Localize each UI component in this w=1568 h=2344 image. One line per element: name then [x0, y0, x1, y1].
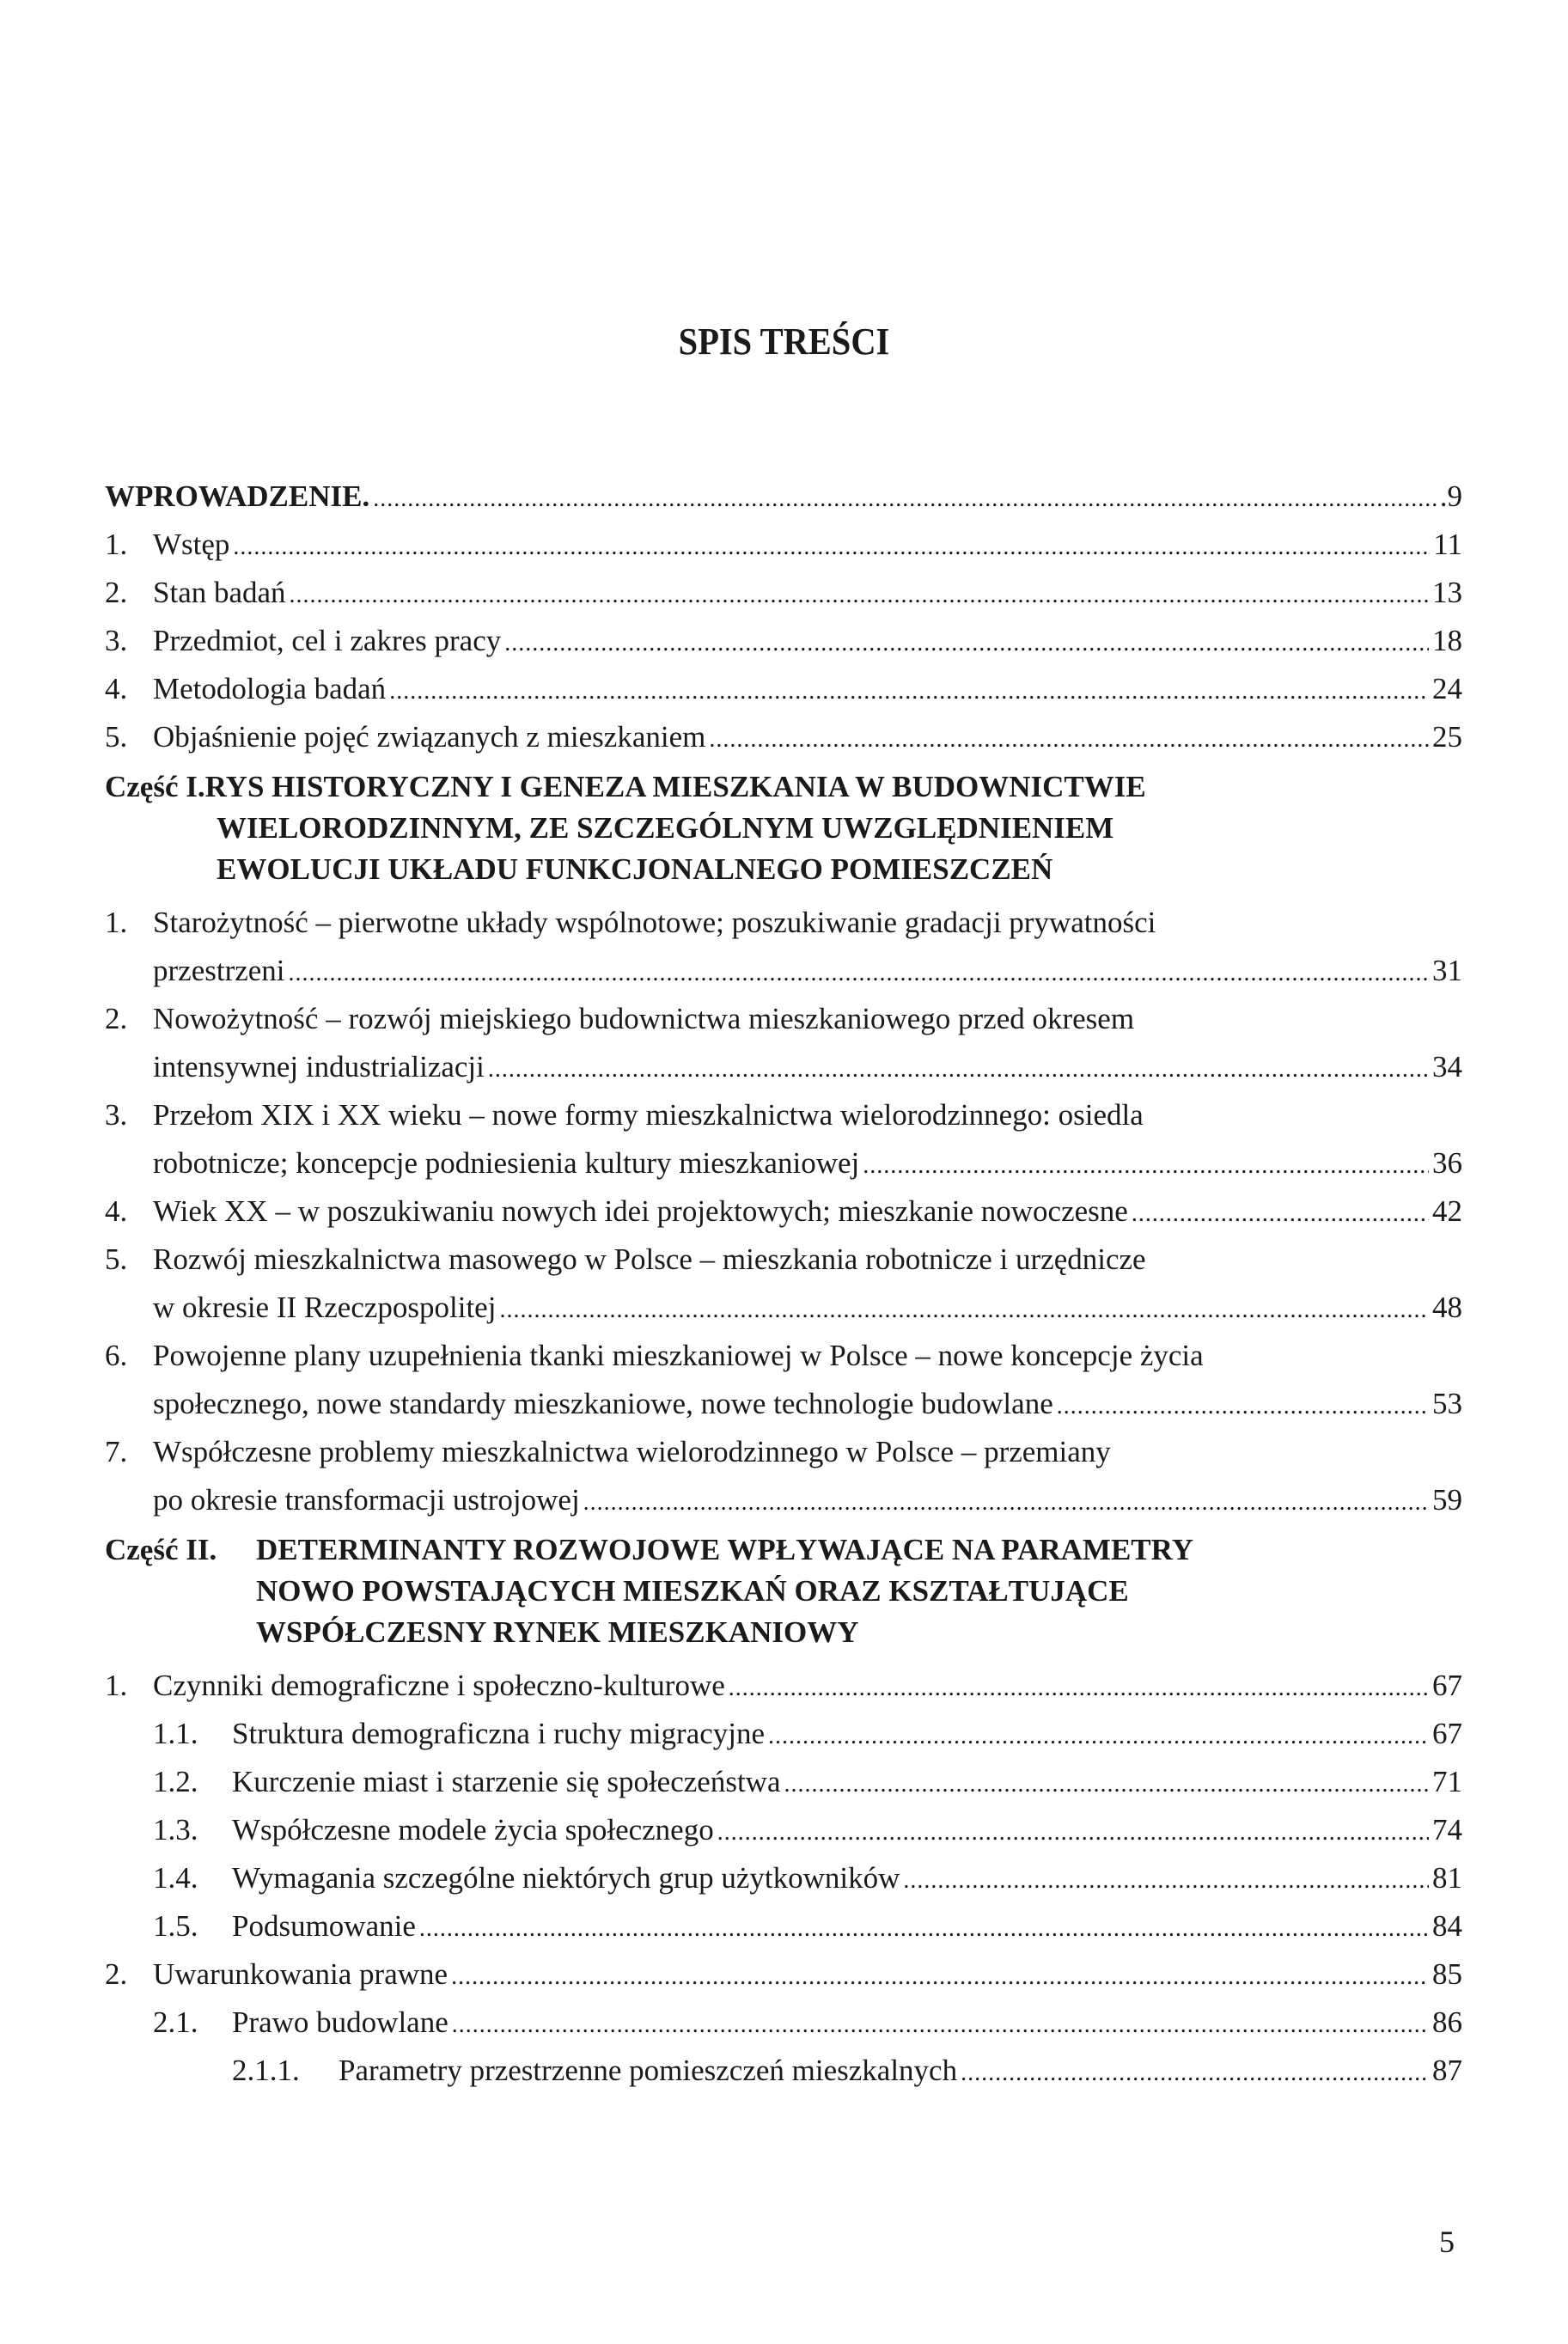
part-title-line: RYS HISTORYCZNY I GENEZA MIESZKANIA W BU…	[205, 772, 1146, 802]
page-ref: 71	[1432, 1767, 1462, 1797]
entry-label: Uwarunkowania prawne	[153, 1959, 448, 1989]
dot-leader	[488, 1058, 1429, 1082]
entry-number: 5.	[105, 722, 153, 752]
dot-leader	[961, 2061, 1429, 2085]
entry-label: Parametry przestrzenne pomieszczeń miesz…	[339, 2055, 957, 2085]
part-title-line: NOWO POWSTAJĄCYCH MIESZKAŃ ORAZ KSZTAŁTU…	[256, 1576, 1129, 1606]
entry-label: Wiek XX – w poszukiwaniu nowych idei pro…	[153, 1196, 1128, 1226]
page-ref: 53	[1432, 1389, 1462, 1419]
toc-entry[interactable]: 2.Nowożytność – rozwój miejskiego budown…	[105, 1004, 1462, 1100]
dot-leader	[290, 583, 1429, 607]
entry-label-line1: Powojenne plany uzupełnienia tkanki mies…	[153, 1340, 1204, 1370]
entry-label: Wstęp	[153, 529, 229, 559]
entry-label: WPROWADZENIE.	[105, 481, 369, 511]
toc-entry[interactable]: 2. Stan badań 13	[105, 577, 1462, 626]
entry-number: 2.	[105, 1959, 153, 1989]
toc-entry[interactable]: 2.1. Prawo budowlane 86	[105, 2007, 1462, 2055]
toc-entry[interactable]: 5. Objaśnienie pojęć związanych z mieszk…	[105, 722, 1462, 770]
dot-leader	[583, 1491, 1429, 1515]
entry-number: 2.	[105, 577, 153, 607]
page-number: 5	[1439, 2224, 1455, 2260]
dot-leader	[499, 1298, 1429, 1322]
dot-leader	[903, 1869, 1429, 1893]
entry-label: Czynniki demograficzne i społeczno-kultu…	[153, 1670, 725, 1700]
dot-leader	[863, 1154, 1429, 1178]
page-ref: 67	[1432, 1670, 1462, 1700]
entry-number: 1.	[105, 529, 153, 559]
part-2-heading[interactable]: Część II. DETERMINANTY ROZWOJOWE WPŁYWAJ…	[105, 1535, 1462, 1658]
dot-leader	[451, 1965, 1429, 1989]
toc-entry[interactable]: 2.1.1. Parametry przestrzenne pomieszcze…	[105, 2055, 1462, 2103]
entry-label: Kurczenie miast i starzenie się społecze…	[232, 1767, 780, 1797]
page-ref: 24	[1432, 674, 1462, 704]
entry-number: 4.	[105, 1196, 153, 1226]
entry-number: 7.	[105, 1437, 153, 1467]
page-ref: 87	[1432, 2055, 1462, 2085]
entry-number: 5.	[105, 1244, 153, 1274]
part-title-line: WSPÓŁCZESNY RYNEK MIESZKANIOWY	[256, 1617, 858, 1647]
entry-label-line2: intensywnej industrializacji	[153, 1052, 485, 1082]
entry-label: Objaśnienie pojęć związanych z mieszkani…	[153, 722, 705, 752]
part-1-heading[interactable]: Część I. RYS HISTORYCZNY I GENEZA MIESZK…	[105, 772, 1462, 895]
toc-entry[interactable]: 4. Metodologia badań 24	[105, 674, 1462, 722]
dot-leader	[452, 2013, 1429, 2037]
dot-leader	[784, 1773, 1429, 1797]
entry-label-line2: robotnicze; koncepcje podniesienia kultu…	[153, 1148, 859, 1178]
entry-number: 2.	[105, 1004, 153, 1034]
toc-entry[interactable]: 3. Przedmiot, cel i zakres pracy 18	[105, 626, 1462, 674]
page-ref: .9	[1440, 481, 1462, 511]
entry-number: 2.1.1.	[232, 2055, 339, 2085]
entry-number: 1.2.	[153, 1767, 232, 1797]
entry-label: Metodologia badań	[153, 674, 386, 704]
toc-entry[interactable]: 1. Wstęp 11	[105, 529, 1462, 577]
toc-entry[interactable]: 6.Powojenne plany uzupełnienia tkanki mi…	[105, 1340, 1462, 1437]
entry-label: Prawo budowlane	[232, 2007, 448, 2037]
dot-leader	[233, 535, 1430, 559]
part-title-line: WIELORODZINNYM, ZE SZCZEGÓLNYM UWZGLĘDNI…	[217, 813, 1113, 843]
page-ref: 13	[1432, 577, 1462, 607]
entry-number: 4.	[105, 674, 153, 704]
entry-label: Podsumowanie	[232, 1911, 416, 1941]
page-ref: 36	[1432, 1148, 1462, 1178]
entry-label-line2: przestrzeni	[153, 955, 285, 986]
entry-number: 1.	[105, 907, 153, 937]
part-prefix: Część I.	[105, 772, 205, 802]
entry-number: 3.	[105, 626, 153, 656]
dot-leader	[289, 961, 1429, 986]
entry-number: 6.	[105, 1340, 153, 1370]
page-ref: 85	[1432, 1959, 1462, 1989]
dot-leader	[1132, 1202, 1429, 1226]
toc-entry[interactable]: 1.1. Struktura demograficzna i ruchy mig…	[105, 1718, 1462, 1767]
page-ref: 67	[1432, 1718, 1462, 1749]
page-ref: 86	[1432, 2007, 1462, 2037]
page-ref: 31	[1432, 955, 1462, 986]
page-ref: 11	[1433, 529, 1462, 559]
entry-label-line2: po okresie transformacji ustrojowej	[153, 1485, 580, 1515]
toc-entry[interactable]: 1.5. Podsumowanie 84	[105, 1911, 1462, 1959]
entry-number: 1.	[105, 1670, 153, 1700]
dot-leader	[373, 487, 1437, 511]
page-ref: 81	[1432, 1863, 1462, 1893]
entry-label: Stan badań	[153, 577, 286, 607]
part-title-line: EWOLUCJI UKŁADU FUNKCJONALNEGO POMIESZCZ…	[217, 854, 1052, 884]
entry-number: 3.	[105, 1100, 153, 1130]
dot-leader	[768, 1724, 1429, 1749]
entry-label-line1: Nowożytność – rozwój miejskiego budownic…	[153, 1004, 1134, 1034]
entry-label-line2: społecznego, nowe standardy mieszkaniowe…	[153, 1389, 1053, 1419]
toc-entry[interactable]: 1.3. Współczesne modele życia społeczneg…	[105, 1815, 1462, 1863]
entry-label: Wymagania szczególne niektórych grup uży…	[232, 1863, 900, 1893]
toc-entry[interactable]: 1. Czynniki demograficzne i społeczno-ku…	[105, 1670, 1462, 1718]
dot-leader	[717, 1821, 1429, 1845]
page-title: SPIS TREŚCI	[63, 320, 1505, 363]
table-of-contents: WPROWADZENIE. .9 1. Wstęp 11 2. Stan bad…	[105, 481, 1462, 2103]
entry-number: 1.3.	[153, 1815, 232, 1845]
page-ref: 84	[1432, 1911, 1462, 1941]
toc-entry[interactable]: 7.Współczesne problemy mieszkalnictwa wi…	[105, 1437, 1462, 1533]
part-title-line: DETERMINANTY ROZWOJOWE WPŁYWAJĄCE NA PAR…	[256, 1535, 1193, 1565]
entry-label-line1: Rozwój mieszkalnictwa masowego w Polsce …	[153, 1244, 1146, 1274]
dot-leader	[419, 1917, 1429, 1941]
toc-entry-introduction[interactable]: WPROWADZENIE. .9	[105, 481, 1462, 529]
dot-leader	[709, 728, 1429, 752]
entry-label: Współczesne modele życia społecznego	[232, 1815, 714, 1845]
dot-leader	[1057, 1395, 1429, 1419]
page-ref: 34	[1432, 1052, 1462, 1082]
entry-number: 1.5.	[153, 1911, 232, 1941]
entry-label-line1: Przełom XIX i XX wieku – nowe formy mies…	[153, 1100, 1144, 1130]
dot-leader	[504, 632, 1429, 656]
page-ref: 74	[1432, 1815, 1462, 1845]
toc-entry[interactable]: 4. Wiek XX – w poszukiwaniu nowych idei …	[105, 1196, 1462, 1244]
page-ref: 18	[1432, 626, 1462, 656]
page-ref: 59	[1432, 1485, 1462, 1515]
entry-label-line2: w okresie II Rzeczpospolitej	[153, 1292, 496, 1322]
page-ref: 42	[1432, 1196, 1462, 1226]
toc-entry[interactable]: 1.4. Wymagania szczególne niektórych gru…	[105, 1863, 1462, 1911]
toc-entry[interactable]: 3.Przełom XIX i XX wieku – nowe formy mi…	[105, 1100, 1462, 1196]
page-ref: 25	[1432, 722, 1462, 752]
toc-entry[interactable]: 1.Starożytność – pierwotne układy wspóln…	[105, 907, 1462, 1004]
entry-label: Przedmiot, cel i zakres pracy	[153, 626, 501, 656]
entry-number: 1.4.	[153, 1863, 232, 1893]
toc-entry[interactable]: 1.2. Kurczenie miast i starzenie się spo…	[105, 1767, 1462, 1815]
part-prefix: Część II.	[105, 1535, 256, 1565]
page-ref: 48	[1432, 1292, 1462, 1322]
toc-entry[interactable]: 5.Rozwój mieszkalnictwa masowego w Polsc…	[105, 1244, 1462, 1340]
entry-label-line1: Współczesne problemy mieszkalnictwa wiel…	[153, 1437, 1111, 1467]
entry-label: Struktura demograficzna i ruchy migracyj…	[232, 1718, 765, 1749]
toc-entry[interactable]: 2. Uwarunkowania prawne 85	[105, 1959, 1462, 2007]
entry-number: 2.1.	[153, 2007, 232, 2037]
dot-leader	[729, 1676, 1429, 1700]
dot-leader	[389, 680, 1429, 704]
entry-label-line1: Starożytność – pierwotne układy wspólnot…	[153, 907, 1156, 937]
entry-number: 1.1.	[153, 1718, 232, 1749]
